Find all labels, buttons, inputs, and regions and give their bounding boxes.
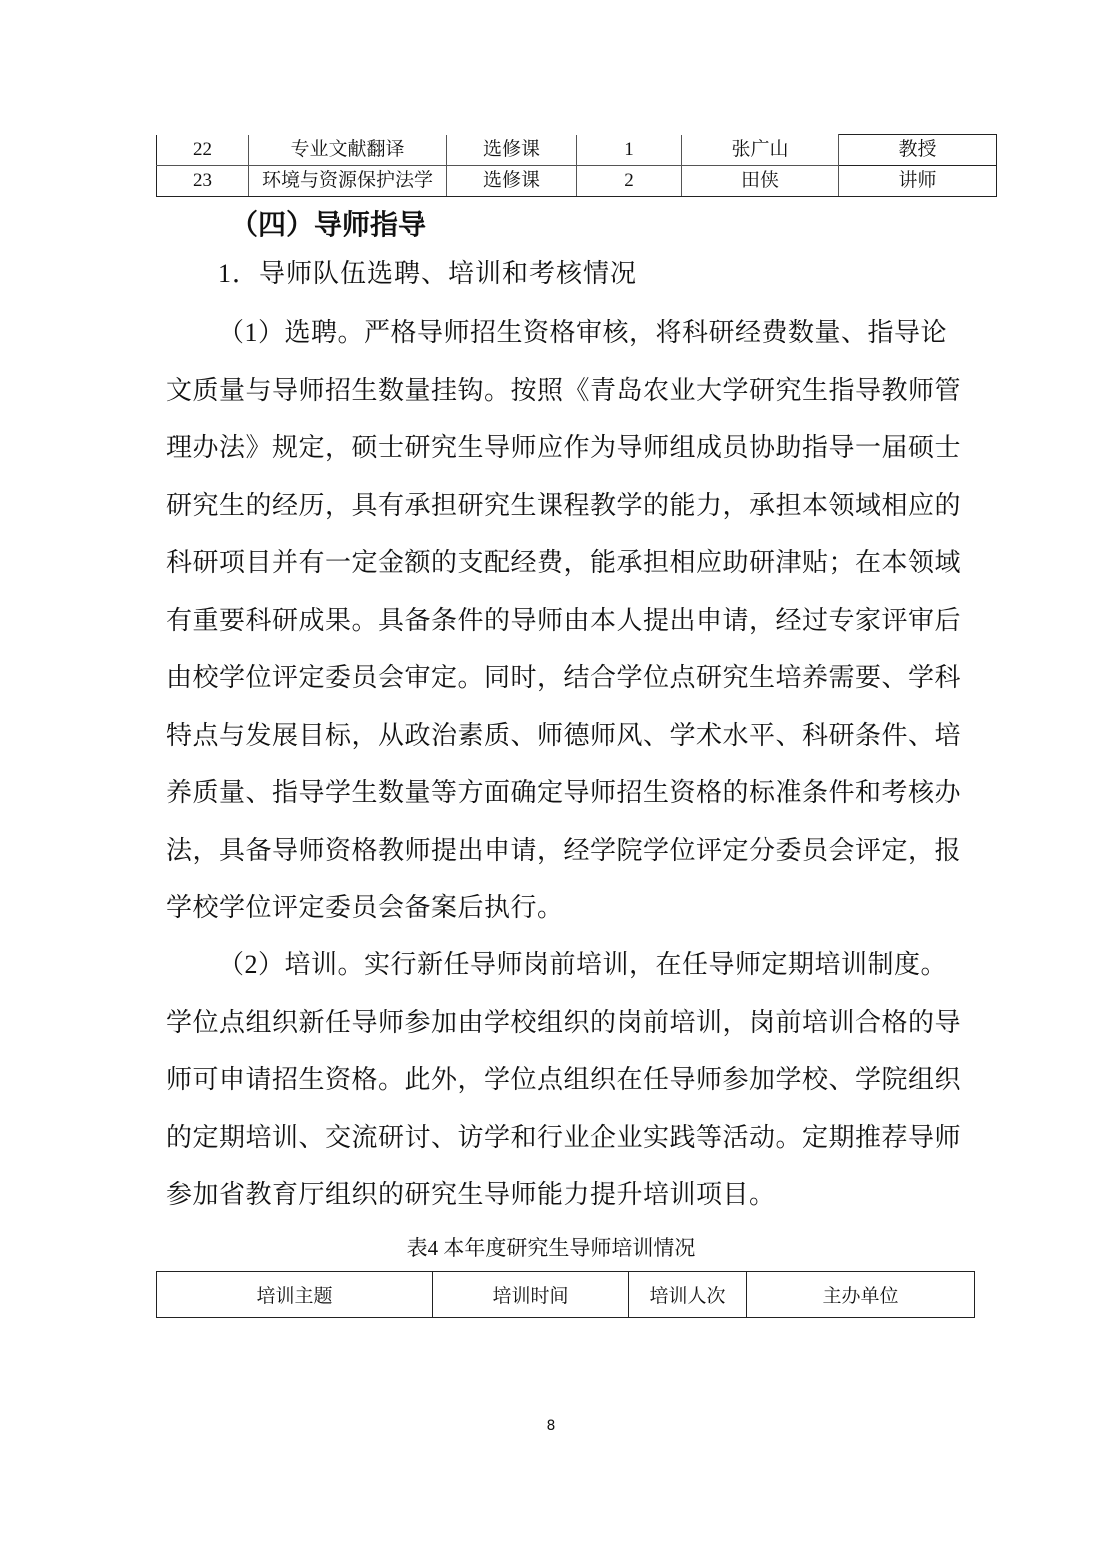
table-header-row: 培训主题 培训时间 培训人次 主办单位 — [157, 1272, 975, 1318]
text-line: 理办法》规定，硕士研究生导师应作为导师组成员协助指导一届硕士 — [166, 419, 936, 477]
text-line: 特点与发展目标，从政治素质、师德师风、学术水平、科研条件、培 — [166, 707, 936, 765]
cell-title: 讲师 — [839, 166, 997, 197]
text-line: 养质量、指导学生数量等方面确定导师招生资格的标准条件和考核办 — [166, 764, 936, 822]
cell-course: 环境与资源保护法学 — [249, 166, 447, 197]
paragraph-training: （2）培训。实行新任导师岗前培训，在任导师定期培训制度。 学位点组织新任导师参加… — [166, 936, 936, 1224]
cell-teacher: 田侠 — [682, 166, 839, 197]
cell-title: 教授 — [839, 135, 997, 166]
text-line: 学位点组织新任导师参加由学校组织的岗前培训，岗前培训合格的导 — [166, 994, 936, 1052]
text-line: 的定期培训、交流研讨、访学和行业企业实践等活动。定期推荐导师 — [166, 1109, 936, 1167]
sub-heading: 1．导师队伍选聘、培训和考核情况 — [218, 252, 637, 296]
text-line: 科研项目并有一定金额的支配经费，能承担相应助研津贴；在本领域 — [166, 534, 936, 592]
text-line: 法，具备导师资格教师提出申请，经学院学位评定分委员会评定，报 — [166, 822, 936, 880]
header-organizer: 主办单位 — [747, 1272, 975, 1318]
table-row: 22 专业文献翻译 选修课 1 张广山 教授 — [157, 135, 997, 166]
page-number: 8 — [0, 1416, 1102, 1436]
paragraph-selection: （1）选聘。严格导师招生资格审核，将科研经费数量、指导论 文质量与导师招生数量挂… — [166, 304, 936, 937]
header-topic: 培训主题 — [157, 1272, 433, 1318]
section-heading: （四）导师指导 — [230, 203, 426, 247]
text-line: 文质量与导师招生数量挂钩。按照《青岛农业大学研究生指导教师管 — [166, 362, 936, 420]
cell-no: 22 — [157, 135, 249, 166]
text-line: 学校学位评定委员会备案后执行。 — [166, 879, 936, 937]
text-line: 有重要科研成果。具备条件的导师由本人提出申请，经过专家评审后 — [166, 592, 936, 650]
text-line: 由校学位评定委员会审定。同时，结合学位点研究生培养需要、学科 — [166, 649, 936, 707]
cell-course: 专业文献翻译 — [249, 135, 447, 166]
cell-type: 选修课 — [447, 166, 577, 197]
text-line: 参加省教育厅组织的研究生导师能力提升培训项目。 — [166, 1166, 936, 1224]
training-table: 培训主题 培训时间 培训人次 主办单位 — [156, 1271, 975, 1318]
cell-teacher: 张广山 — [682, 135, 839, 166]
course-table: 22 专业文献翻译 选修课 1 张广山 教授 23 环境与资源保护法学 选修课 … — [156, 134, 997, 197]
cell-type: 选修课 — [447, 135, 577, 166]
text-line: 师可申请招生资格。此外，学位点组织在任导师参加学校、学院组织 — [166, 1051, 936, 1109]
table-caption: 表4 本年度研究生导师培训情况 — [0, 1232, 1102, 1264]
table-row: 23 环境与资源保护法学 选修课 2 田侠 讲师 — [157, 166, 997, 197]
header-attendance: 培训人次 — [629, 1272, 747, 1318]
text-line: （2）培训。实行新任导师岗前培训，在任导师定期培训制度。 — [166, 936, 936, 994]
cell-credits: 2 — [577, 166, 682, 197]
header-time: 培训时间 — [433, 1272, 629, 1318]
cell-no: 23 — [157, 166, 249, 197]
cell-credits: 1 — [577, 135, 682, 166]
text-line: （1）选聘。严格导师招生资格审核，将科研经费数量、指导论 — [166, 304, 936, 362]
text-line: 研究生的经历，具有承担研究生课程教学的能力，承担本领域相应的 — [166, 477, 936, 535]
